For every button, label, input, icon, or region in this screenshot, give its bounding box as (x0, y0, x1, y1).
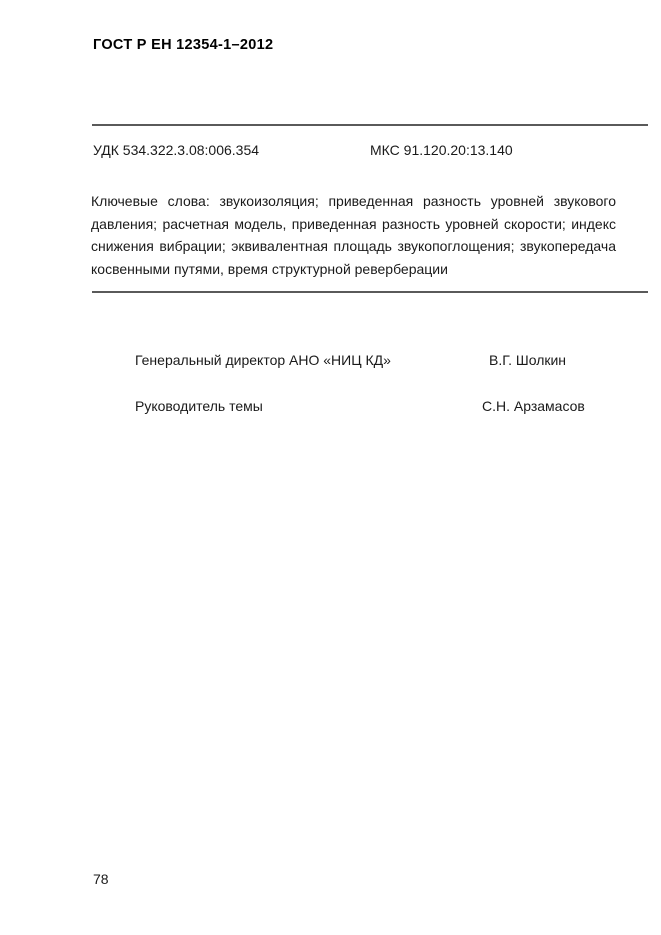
horizontal-rule-top (92, 124, 648, 126)
keywords-paragraph: Ключевые слова: звукоизоляция; приведенн… (91, 190, 616, 280)
signature-role-lead: Руководитель темы (135, 398, 263, 414)
horizontal-rule-bottom (92, 291, 648, 293)
udk-code: УДК 534.322.3.08:006.354 (93, 142, 259, 158)
standard-number-heading: ГОСТ Р ЕН 12354-1–2012 (93, 37, 273, 53)
mks-code: МКС 91.120.20:13.140 (370, 142, 513, 158)
signature-row-lead: Руководитель темы С.Н. Арзамасов (0, 398, 661, 416)
signature-row-director: Генеральный директор АНО «НИЦ КД» В.Г. Ш… (0, 352, 661, 370)
classification-codes-line: УДК 534.322.3.08:006.354 МКС 91.120.20:1… (0, 142, 661, 160)
page-number: 78 (93, 871, 109, 887)
signature-role-director: Генеральный директор АНО «НИЦ КД» (135, 352, 391, 368)
signature-name-director: В.Г. Шолкин (489, 352, 566, 368)
signature-name-lead: С.Н. Арзамасов (482, 398, 585, 414)
document-page: ГОСТ Р ЕН 12354-1–2012 УДК 534.322.3.08:… (0, 0, 661, 935)
